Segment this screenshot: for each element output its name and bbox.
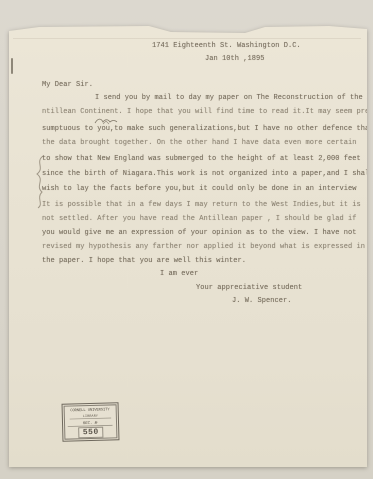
stamp-received: REC. № [68,420,113,427]
body-line: sumptuous to you,to make such generaliza… [42,125,373,133]
signature: J. W. Spencer. [232,297,292,305]
closing-line: Your appreciative student [196,284,302,292]
letter-page: 1741 Eighteenth St. Washington D.C. Jan … [9,22,367,467]
body-line: the data brought together. On the other … [42,139,357,147]
stamp-institution: CORNELL UNIVERSITY [70,407,109,413]
body-line: the paper. I hope that you are well this… [42,257,246,265]
body-line: since the birth of Niagara.This work is … [42,170,373,178]
body-line: to show that New England was submerged t… [42,155,361,163]
salutation: My Dear Sir. [42,81,93,89]
body-line: I send you by mail to day my paper on Th… [95,94,371,102]
scan-background: 1741 Eighteenth St. Washington D.C. Jan … [0,0,373,479]
library-stamp-frame: CORNELL UNIVERSITY LIBRARY REC. № 550 [64,404,118,439]
body-line: not settled. After you have read the Ant… [42,215,357,223]
body-line: ntillean Continent. I hope that you will… [42,108,369,116]
paper-crease [13,38,361,39]
date-line: Jan 10th ,1895 [205,55,265,63]
library-stamp: CORNELL UNIVERSITY LIBRARY REC. № 550 [62,402,120,441]
body-line: you would give me an expression of your … [42,229,357,237]
body-line: revised my hypothesis any farther nor ap… [42,243,365,251]
stamp-accession-number: 550 [78,427,104,439]
closing-line: I am ever [160,270,198,278]
body-line: wish to lay the facts before you,but it … [42,185,357,193]
body-line: It is possible that in a few days I may … [42,201,361,209]
address-line: 1741 Eighteenth St. Washington D.C. [152,42,301,50]
stamp-library: LIBRARY [69,414,111,420]
edge-mark [11,58,13,74]
letter-page-shadow: 1741 Eighteenth St. Washington D.C. Jan … [9,22,367,467]
